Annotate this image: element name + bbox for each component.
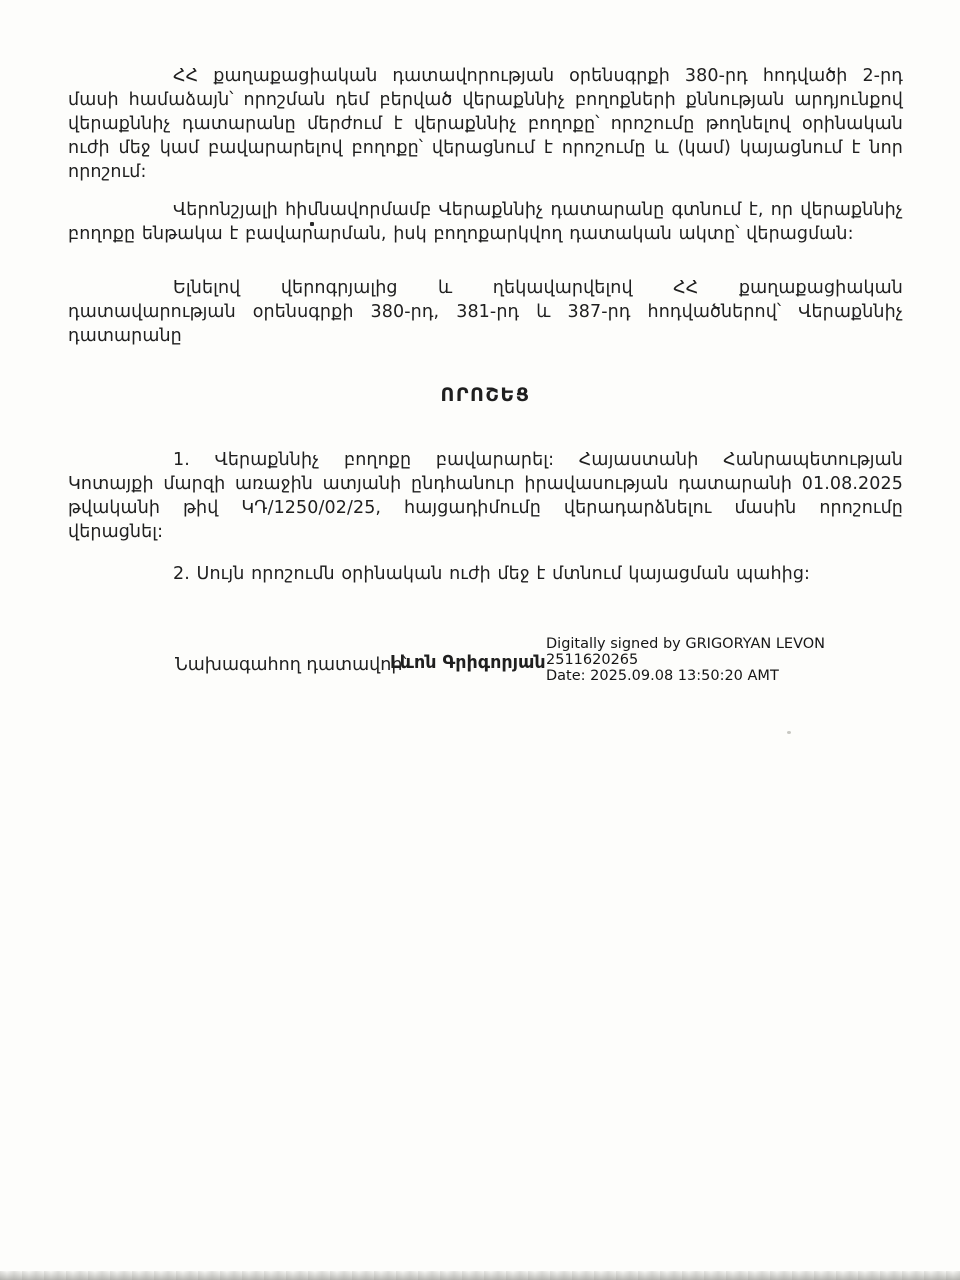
decision-heading: ՈՐՈՇԵՑ (68, 382, 903, 408)
paragraph-guided-by: Ելնելով վերոգրյալից և ղեկավարվելով ՀՀ քա… (68, 276, 903, 348)
paragraph-legal-basis: ՀՀ քաղաքացիական դատավորության օրենսգրքի … (68, 64, 903, 184)
scan-dot-artifact (310, 222, 314, 226)
judge-name: Լևոն Գրիգորյան (390, 653, 546, 673)
scan-edge-artifact (0, 1271, 960, 1280)
document-content: ՀՀ քաղաքացիական դատավորության օրենսգրքի … (0, 0, 960, 716)
decision-item-1: 1. Վերաքննիչ բողոքը բավարարել: Հայաստանի… (68, 448, 903, 544)
scan-speck-artifact (787, 731, 791, 734)
signature-row: Նախագահող դատավոր՝ Լևոն Գրիգորյան Digita… (68, 636, 903, 716)
digital-signature-line-1: Digitally signed by GRIGORYAN LEVON (546, 636, 825, 652)
paragraph-court-finding: Վերոնշյալի հիմնավորմամբ Վերաքննիչ դատարա… (68, 198, 903, 246)
digital-signature-line-3: Date: 2025.09.08 13:50:20 AMT (546, 668, 825, 684)
presiding-judge-label: Նախագահող դատավոր՝ (175, 655, 407, 675)
digital-signature-line-2: 2511620265 (546, 652, 825, 668)
document-page: ՀՀ քաղաքացիական դատավորության օրենսգրքի … (0, 0, 960, 1280)
digital-signature-block: Digitally signed by GRIGORYAN LEVON 2511… (546, 636, 825, 684)
decision-item-2: 2. Սույն որոշումն օրինական ուժի մեջ է մտ… (68, 562, 903, 586)
